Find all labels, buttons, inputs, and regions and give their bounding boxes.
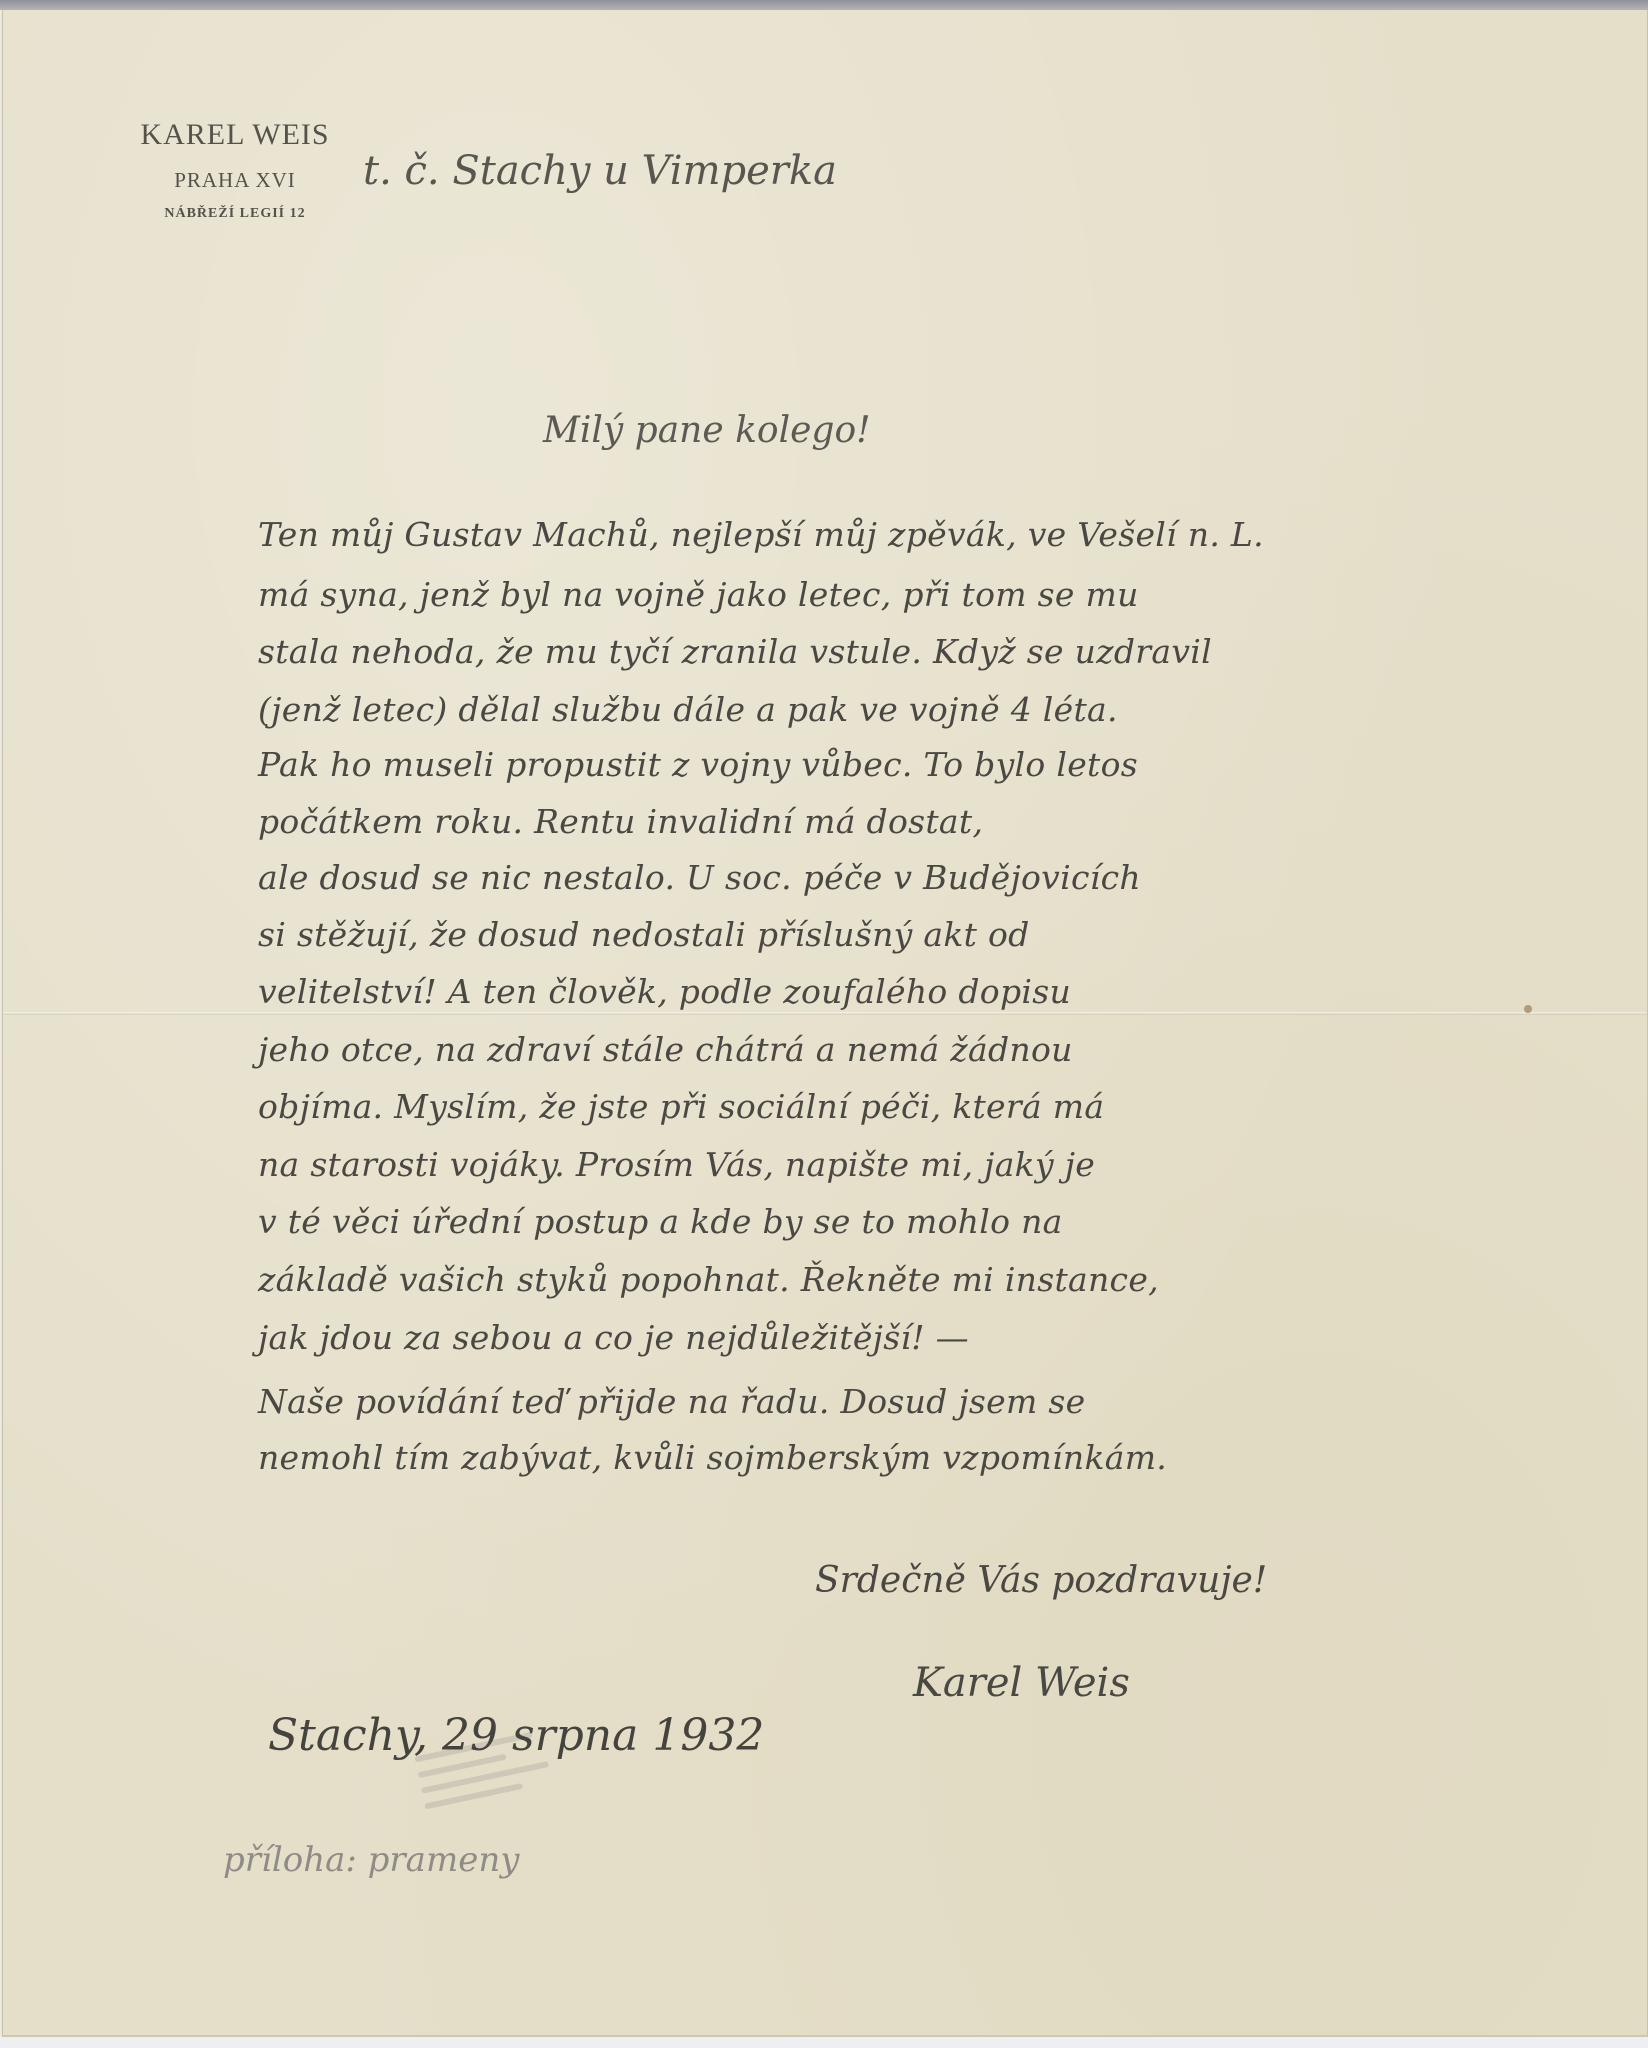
letterhead-name: KAREL WEIS (115, 115, 355, 155)
letterhead: KAREL WEIS PRAHA XVI NÁBŘEŽÍ LEGIÍ 12 (115, 115, 355, 225)
letterhead-city: PRAHA XVI (115, 165, 355, 195)
body-line: stala nehoda, že mu tyčí zranila vstule.… (258, 632, 1212, 671)
body-line: si stěžují, že dosud nedostali příslušný… (258, 915, 1030, 954)
stamp-mark (421, 1761, 549, 1794)
ink-spot (1524, 1005, 1532, 1013)
body-line: objíma. Myslím, že jste při sociální péč… (258, 1087, 1104, 1126)
scanned-letter: KAREL WEIS PRAHA XVI NÁBŘEŽÍ LEGIÍ 12 t.… (0, 0, 1648, 2048)
body-line: ale dosud se nic nestalo. U soc. péče v … (258, 858, 1141, 897)
body-line: Pak ho museli propustit z vojny vůbec. T… (258, 745, 1138, 784)
body-line: velitelství! A ten člověk, podle zoufalé… (258, 972, 1071, 1011)
addressee-line: t. č. Stachy u Vimperka (363, 148, 837, 194)
body-line: jak jdou za sebou a co je nejdůležitější… (258, 1318, 969, 1357)
body-line: má syna, jenž byl na vojně jako letec, p… (258, 575, 1139, 614)
body-line: (jenž letec) dělal službu dále a pak ve … (258, 690, 1118, 729)
closing-line: Srdečně Vás pozdravuje! (815, 1560, 1267, 1601)
body-line: jeho otce, na zdraví stále chátrá a nemá… (258, 1030, 1073, 1069)
body-line: Naše povídání teď přijde na řadu. Dosud … (258, 1382, 1085, 1421)
body-line: Ten můj Gustav Machů, nejlepší můj zpěvá… (258, 515, 1264, 554)
body-line: základě vašich styků popohnat. Řekněte m… (258, 1260, 1159, 1299)
letterhead-address: NÁBŘEŽÍ LEGIÍ 12 (115, 203, 355, 225)
body-line: nemohl tím zabývat, kvůli sojmberským vz… (258, 1438, 1167, 1477)
place-and-date: Stachy, 29 srpna 1932 (268, 1710, 764, 1761)
paper-fold-line (3, 1012, 1647, 1015)
salutation: Milý pane kolego! (543, 410, 871, 451)
scan-top-edge (0, 0, 1648, 10)
attachment-note: příloha: prameny (223, 1840, 519, 1880)
body-line: počátkem roku. Rentu invalidní má dostat… (258, 802, 983, 841)
letter-paper: KAREL WEIS PRAHA XVI NÁBŘEŽÍ LEGIÍ 12 t.… (2, 10, 1648, 2037)
body-line: v té věci úřední postup a kde by se to m… (258, 1202, 1063, 1241)
body-line: na starosti vojáky. Prosím Vás, napište … (258, 1145, 1095, 1184)
signature: Karel Weis (913, 1660, 1130, 1706)
scan-bottom-margin (0, 2037, 1648, 2048)
